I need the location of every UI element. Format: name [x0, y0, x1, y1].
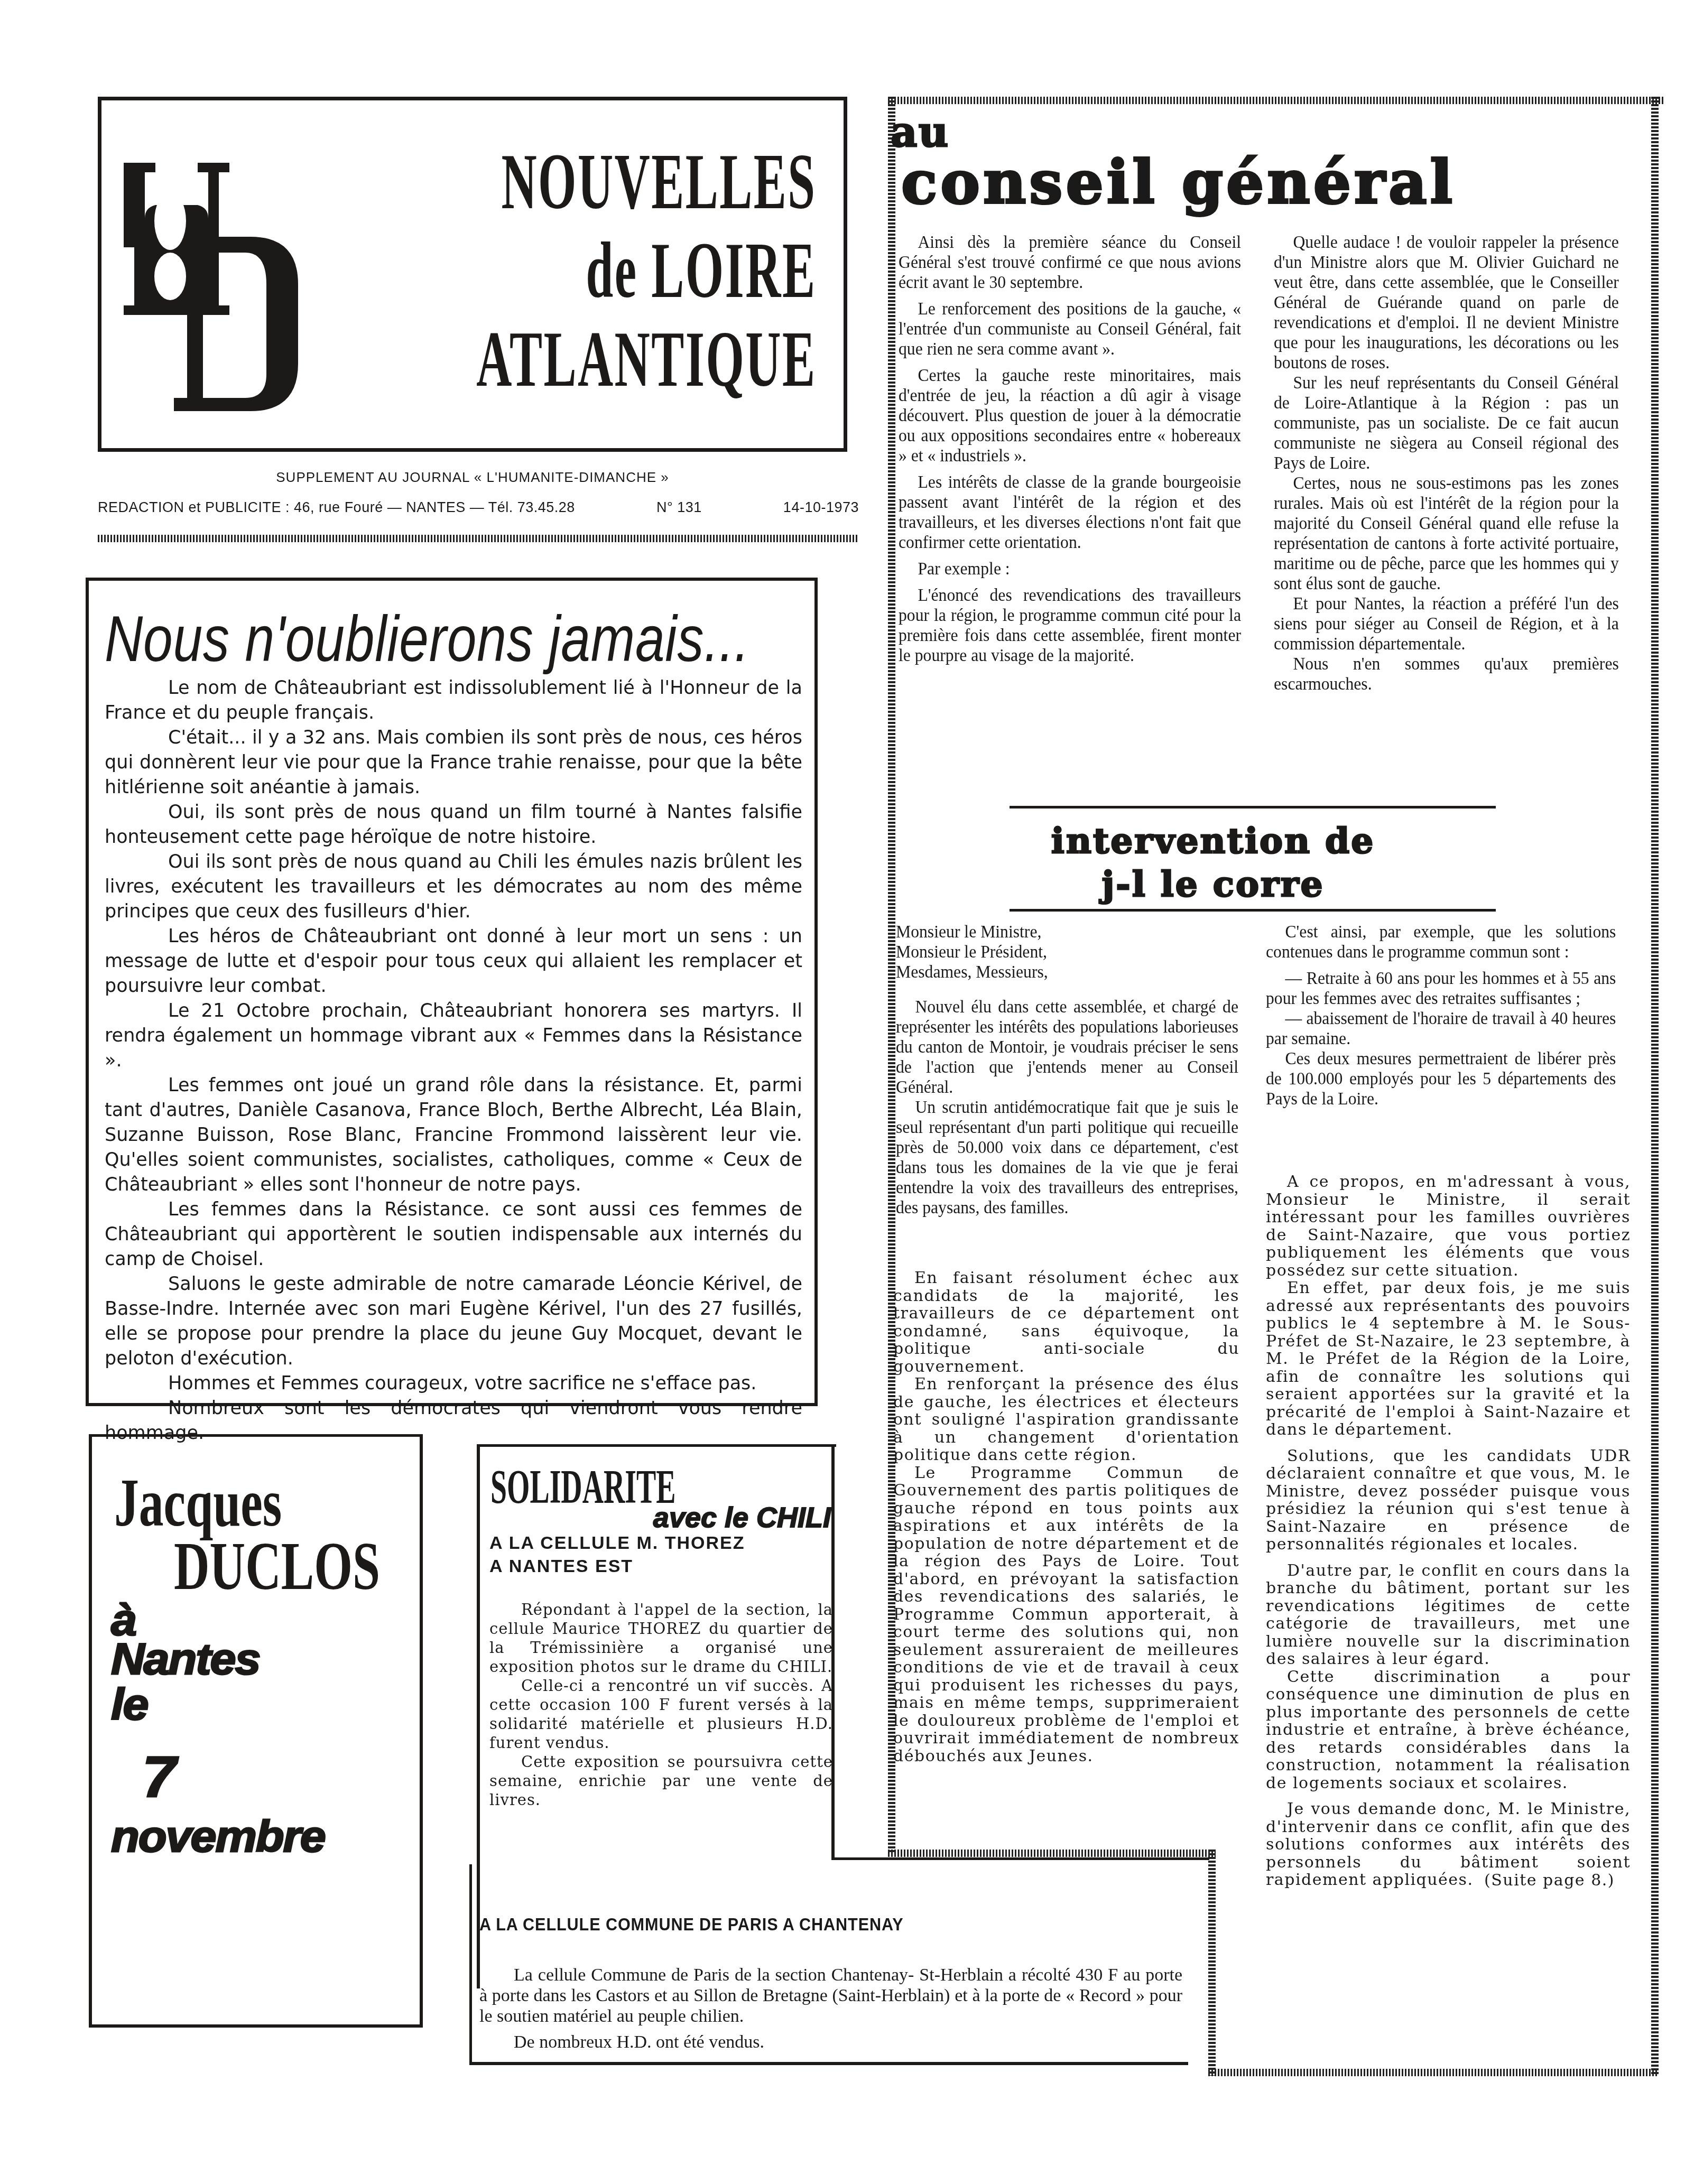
article-chantenay: A LA CELLULE COMMUNE DE PARIS A CHANTENA… [469, 1864, 1188, 2065]
duclos-last-name: DUCLOS [174, 1527, 380, 1606]
frame-step-border [888, 1850, 1216, 1857]
address: REDACTION et PUBLICITE : 46, rue Fouré —… [98, 499, 575, 516]
article-body: Le nom de Châteaubriant est indissoluble… [105, 676, 802, 1446]
issue-date: 14-10-1973 [783, 499, 859, 516]
solidarite-right-rule [831, 1444, 835, 1860]
conseil-right-column: Quelle audace ! de vouloir rappeler la p… [1274, 233, 1619, 694]
masthead-divider [98, 535, 859, 542]
article-title: SOLIDARITE [490, 1460, 675, 1514]
conseil-title: conseil général [901, 148, 1456, 217]
intervention-left-column-top: Monsieur le Ministre, Monsieur le Présid… [896, 922, 1238, 1218]
article-subtitle: avec le CHILI [653, 1501, 831, 1534]
event-month: novembre [111, 1811, 325, 1862]
frame-bottom-border [1208, 2069, 1659, 2076]
article-subheading: A LA CELLULE COMMUNE DE PARIS A CHANTENA… [479, 1915, 903, 1935]
article-subheading: A LA CELLULE M. THOREZ A NANTES EST [489, 1531, 745, 1578]
intervention-top-rule [1010, 806, 1496, 808]
intervention-bottom-rule [1010, 909, 1496, 912]
hd-logo-icon [124, 163, 298, 411]
article-nous-oublierons: Nous n'oublierons jamais... Le nom de Ch… [86, 578, 818, 1406]
article-body: La cellule Commune de Paris de la sectio… [479, 1965, 1182, 2052]
duclos-announcement: Jacques DUCLOS à Nantes le 7 novembre [89, 1434, 423, 2028]
frame-right-border [1651, 97, 1659, 2076]
article-title: Nous n'oublierons jamais... [105, 602, 749, 676]
intervention-right-column-top: C'est ainsi, par exemple, que les soluti… [1266, 922, 1616, 1116]
intervention-right-column-bottom: A ce propos, en m'adressant à vous, Mons… [1266, 1173, 1631, 1889]
masthead-title: NOUVELLES de LOIRE ATLANTIQUE [476, 137, 816, 404]
frame-step-vertical [1208, 1850, 1216, 2076]
frame-top-border [888, 97, 1665, 104]
intervention-title: intervention de j-l le corre [928, 819, 1498, 906]
solidarite-bottom-rule [831, 1857, 1209, 1860]
article-body: Répondant à l'appel de la section, la ce… [489, 1600, 833, 1809]
masthead-box: NOUVELLES de LOIRE ATLANTIQUE [98, 97, 847, 452]
supplement-line: SUPPLEMENT AU JOURNAL « L'HUMANITE-DIMAN… [98, 469, 847, 486]
issue-number: N° 131 [656, 499, 702, 516]
event-day: 7 [142, 1743, 175, 1810]
intervention-left-column-bottom: En faisant résolument échec aux candidat… [893, 1269, 1239, 1765]
masthead-info-line: REDACTION et PUBLICITE : 46, rue Fouré —… [98, 499, 859, 516]
conseil-left-column: Ainsi dès la première séance du Conseil … [899, 233, 1241, 672]
